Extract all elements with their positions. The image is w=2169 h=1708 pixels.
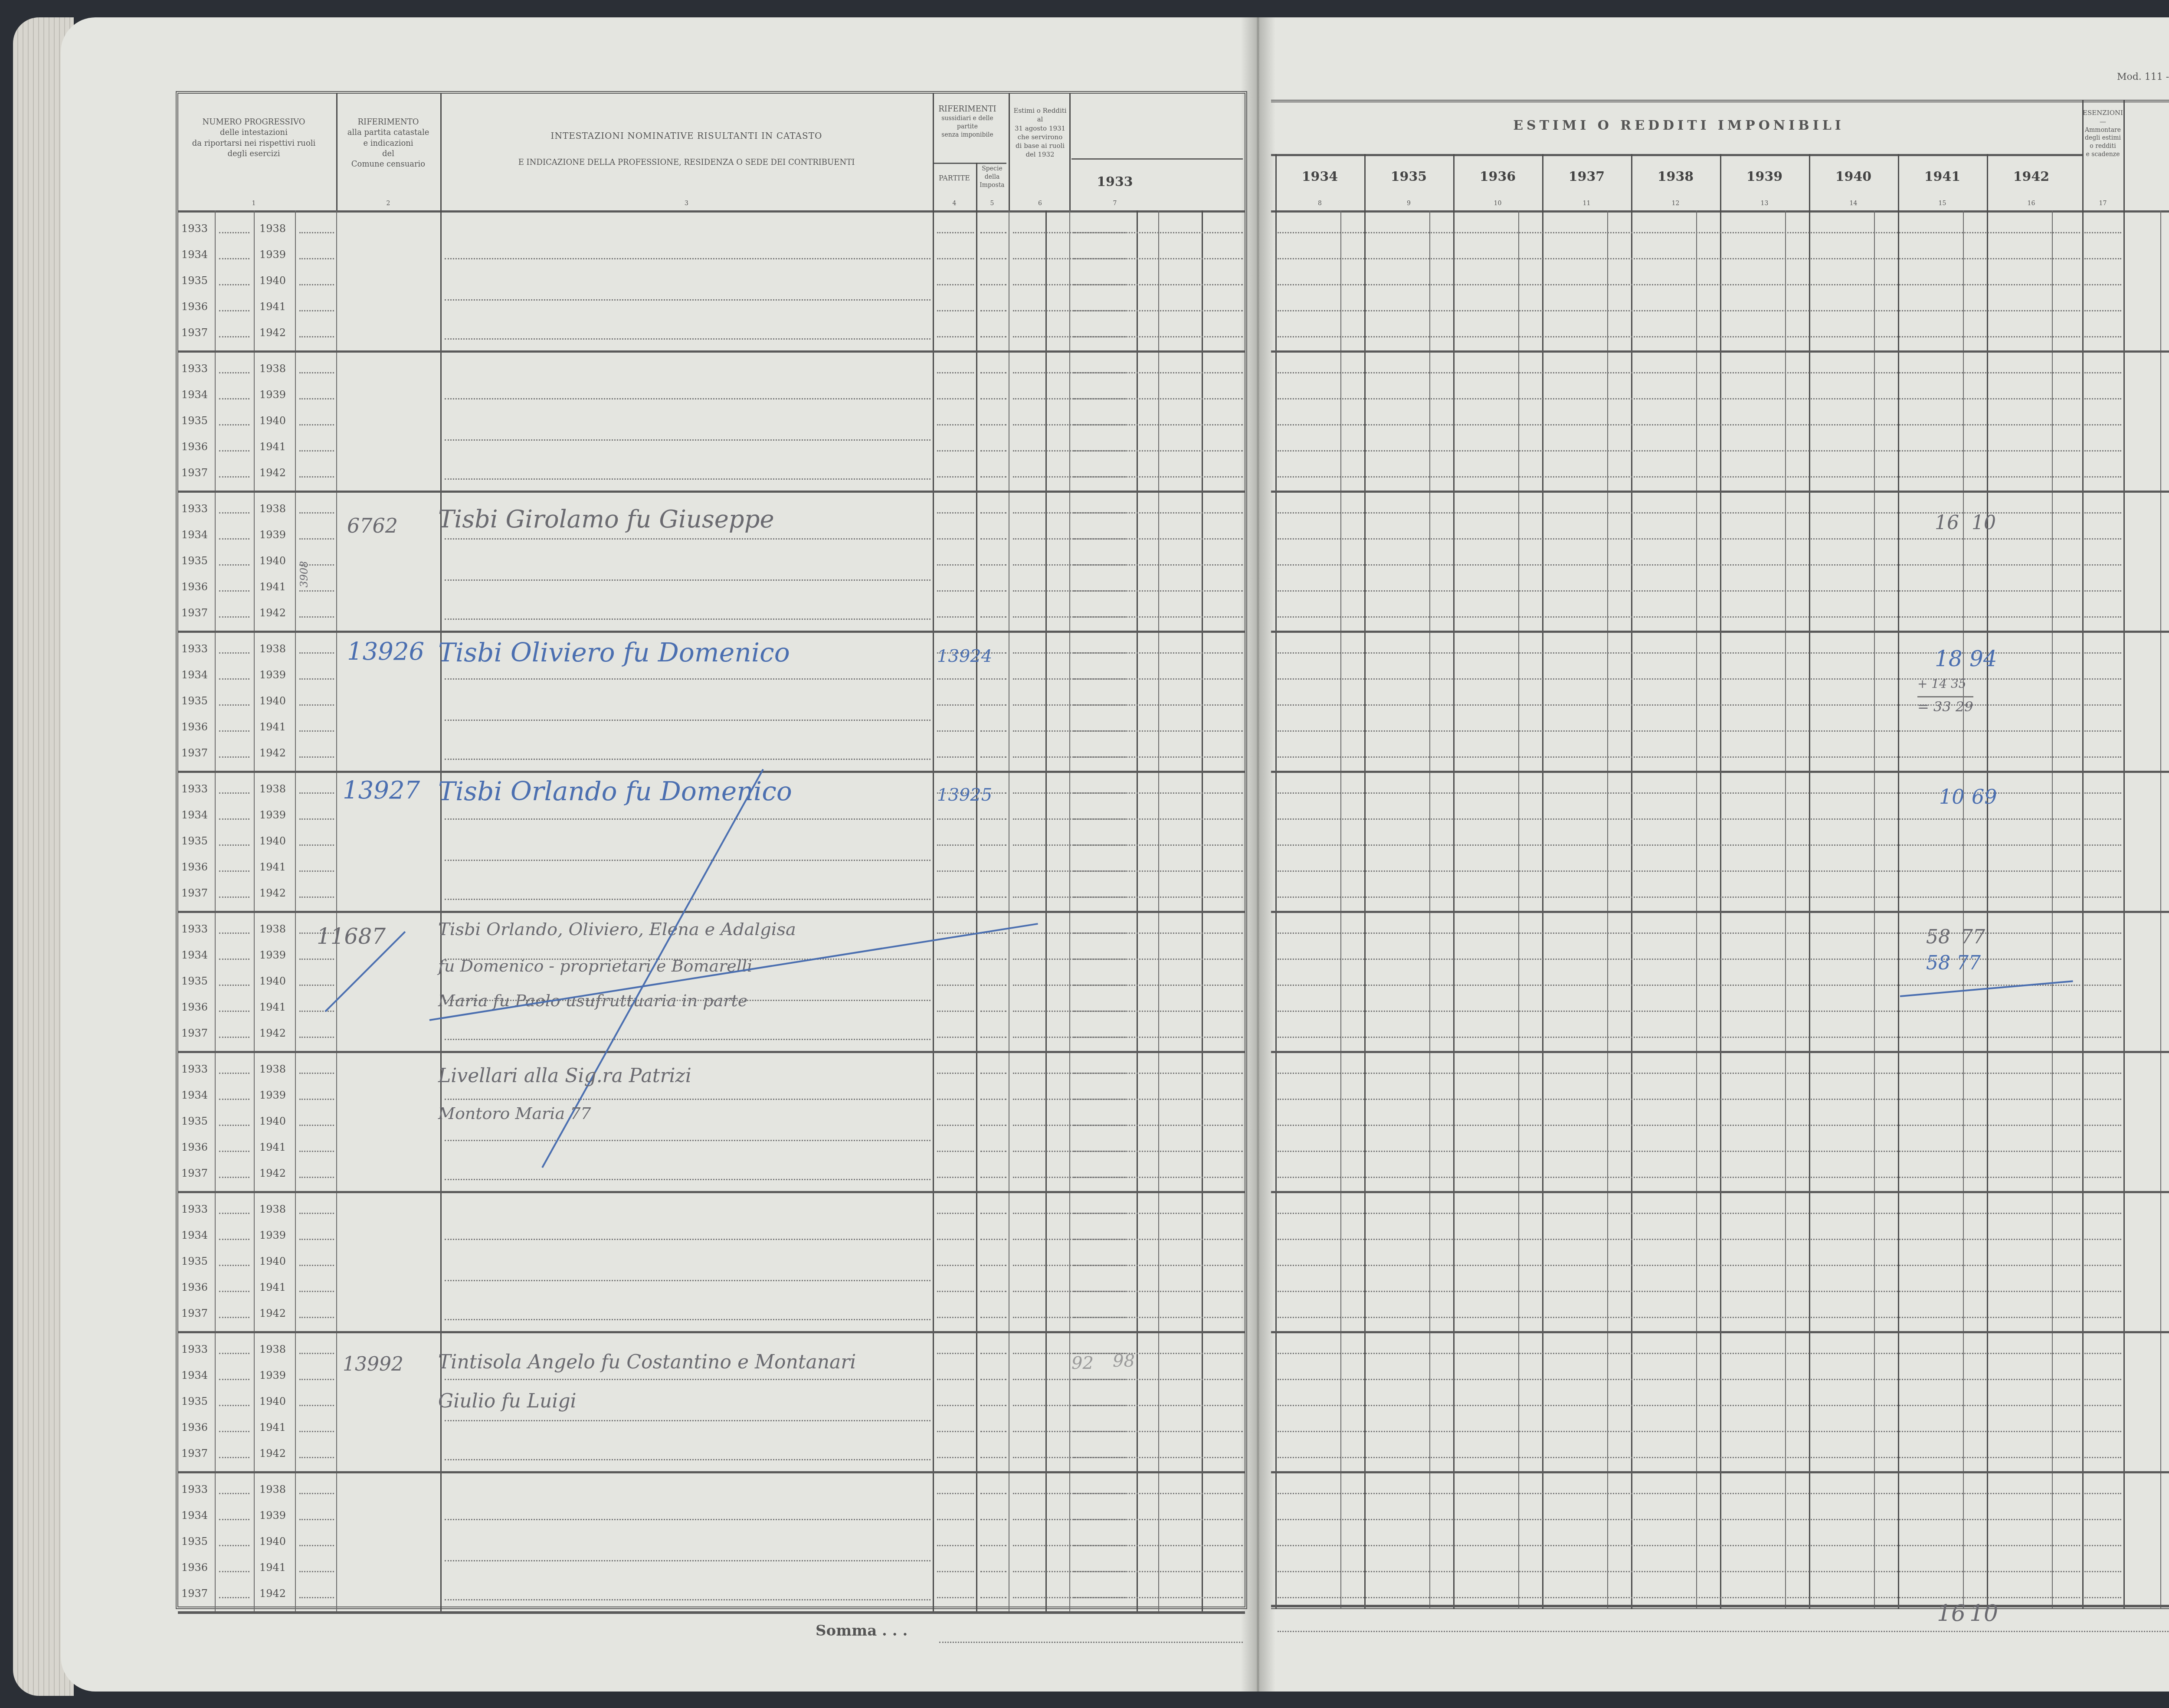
dotted-rule (1074, 1213, 1243, 1214)
dotted-rule (299, 424, 334, 425)
dotted-rule (445, 1459, 931, 1460)
dotted-rule (1074, 985, 1243, 986)
dotted-rule (937, 985, 974, 986)
dotted-rule (219, 372, 249, 373)
year-label: 1938 (1631, 168, 1720, 186)
dotted-rule (1278, 336, 2080, 337)
entry-value-1941-cents[interactable]: 94 (1969, 646, 1997, 671)
row-divider (1271, 771, 2169, 773)
dotted-rule (2084, 933, 2121, 934)
year-label-right: 1942 (259, 607, 286, 619)
dotted-rule (445, 1239, 931, 1240)
dotted-rule (1278, 1265, 2080, 1266)
dotted-rule (1278, 512, 2080, 514)
dotted-rule (980, 1011, 1006, 1012)
dotted-rule (299, 398, 334, 399)
dotted-rule (299, 704, 334, 706)
dotted-rule (1278, 1431, 2080, 1432)
dotted-rule (299, 616, 334, 618)
cents-rule (2052, 210, 2053, 1609)
dotted-rule (1278, 590, 2080, 592)
dotted-rule (937, 538, 974, 540)
year-label: 1937 (1542, 168, 1631, 186)
year-label-right: 1938 (259, 363, 286, 375)
dotted-rule (937, 756, 974, 758)
dotted-rule (2084, 284, 2121, 285)
header-year-1938: 193812 (1631, 156, 1720, 210)
year-label-left: 1935 (181, 275, 208, 287)
dotted-rule (1278, 1291, 2080, 1292)
header-divider (1271, 154, 2082, 156)
entry-name[interactable]: Tisbi Girolamo fu Giuseppe (438, 505, 774, 533)
dotted-rule (1074, 1519, 1243, 1520)
dotted-rule (937, 1291, 974, 1292)
dotted-rule (1074, 1239, 1243, 1240)
dotted-rule (980, 310, 1006, 311)
dotted-rule (2084, 1405, 2121, 1406)
dotted-rule (1278, 1151, 2080, 1152)
dotted-rule (299, 1125, 334, 1126)
entry-name[interactable]: Tisbi Oliviero fu Domenico (438, 638, 790, 668)
dotted-rule (937, 678, 974, 680)
header-c5-line: Imposta (977, 181, 1007, 190)
dotted-rule (219, 652, 249, 654)
dotted-rule (1074, 933, 1243, 934)
entry-value-1941-cents[interactable]: 69 (1972, 785, 1997, 808)
dotted-rule (1278, 1379, 2080, 1380)
dotted-rule (299, 870, 334, 872)
dotted-rule (2084, 1125, 2121, 1126)
dotted-rule (219, 258, 249, 259)
dotted-rule (980, 1457, 1006, 1458)
dotted-rule (219, 1379, 249, 1380)
year-label-right: 1941 (259, 301, 286, 313)
dotted-rule (980, 1099, 1006, 1100)
dotted-rule (1278, 1545, 2080, 1546)
year-label-left: 1933 (181, 503, 208, 515)
row-divider (1271, 1191, 2169, 1193)
year-label-right: 1942 (259, 1587, 286, 1600)
dotted-rule (219, 1519, 249, 1520)
column-number: 14 (1809, 200, 1898, 208)
year-label: 1935 (1364, 168, 1453, 186)
year-label-left: 1935 (181, 555, 208, 567)
dotted-rule (219, 1457, 249, 1458)
dotted-rule (1278, 1239, 2080, 1240)
dotted-rule (299, 756, 334, 758)
dotted-rule (299, 1571, 334, 1572)
entry-value-1941[interactable]: 58 (1926, 926, 1950, 948)
dotted-rule (445, 1599, 931, 1600)
column-number: 7 (1071, 200, 1158, 208)
dotted-rule (219, 476, 249, 478)
year-label-right: 1940 (259, 975, 286, 987)
dotted-rule (937, 1099, 974, 1100)
year-label-left: 1936 (181, 861, 208, 873)
year-label-left: 1934 (181, 669, 208, 681)
column-number: 13 (1720, 200, 1809, 208)
dotted-rule (219, 398, 249, 399)
dotted-rule (1278, 1571, 2080, 1572)
year-label-right: 1938 (259, 1203, 286, 1215)
dotted-rule (2084, 336, 2121, 337)
header-annotazioni: ANNOTAZIONI 18 (2126, 108, 2169, 210)
dotted-rule (1278, 564, 2080, 566)
entry-ref-partite[interactable]: 13925 (937, 785, 992, 805)
dotted-rule (2084, 1519, 2121, 1520)
dotted-rule (299, 678, 334, 680)
dotted-rule (1278, 1125, 2080, 1126)
dotted-rule (219, 844, 249, 846)
year-label-left: 1936 (181, 301, 208, 313)
year-label-right: 1938 (259, 1483, 286, 1495)
dotted-rule (1074, 372, 1243, 373)
dotted-rule (445, 1379, 931, 1380)
year-label-left: 1937 (181, 467, 208, 479)
header-c17-title: ESENZIONI (2082, 108, 2123, 117)
dotted-rule (1074, 398, 1243, 399)
dotted-rule (1074, 1457, 1243, 1458)
dotted-rule (937, 1213, 974, 1214)
dotted-rule (2084, 1213, 2121, 1214)
dotted-rule (219, 232, 249, 233)
somma-value-1941[interactable]: 16 (1937, 1600, 1966, 1626)
dotted-rule (1278, 284, 2080, 285)
dotted-rule (1074, 844, 1243, 846)
column-number: 11 (1542, 200, 1631, 208)
cents-rule (1963, 210, 1964, 1609)
header-c1-title: NUMERO PROGRESSIVO (180, 117, 328, 128)
dotted-rule (980, 564, 1006, 566)
column-rule (440, 93, 442, 210)
dotted-rule (980, 232, 1006, 233)
dotted-rule (299, 1431, 334, 1432)
dotted-rule (1278, 372, 2080, 373)
entry-name-line[interactable]: Tisbi Orlando, Oliviero, Elena e Adalgis… (438, 919, 796, 939)
year-label-left: 1936 (181, 1561, 208, 1574)
dotted-rule (1074, 652, 1243, 654)
year-label-right: 1939 (259, 1369, 286, 1381)
dotted-rule (1074, 1545, 1243, 1546)
dotted-rule (980, 398, 1006, 399)
year-label-right: 1940 (259, 1255, 286, 1267)
dotted-rule (1278, 1177, 2080, 1178)
dotted-rule (299, 1239, 334, 1240)
entry-name-line[interactable]: Tintisola Angelo fu Costantino e Montana… (438, 1351, 856, 1373)
row-divider (178, 1331, 1245, 1333)
dotted-rule (980, 959, 1006, 960)
dotted-rule (1074, 590, 1243, 592)
header-year-1942: 194216 (1987, 156, 2076, 210)
dotted-rule (2084, 897, 2121, 898)
entry-value-1941[interactable]: 18 (1935, 646, 1963, 671)
dotted-rule (980, 1291, 1006, 1292)
year-label-left: 1937 (181, 1587, 208, 1600)
dotted-rule (299, 1037, 334, 1038)
entry-partita[interactable]: 13927 (343, 776, 420, 805)
entry-ref-partite[interactable]: 13924 (937, 646, 992, 666)
dotted-rule (219, 985, 249, 986)
header-divider (933, 163, 1006, 164)
entry-name-line[interactable]: Giulio fu Luigi (438, 1390, 577, 1412)
dotted-rule (980, 818, 1006, 820)
header-esenzioni: ESENZIONI — Ammontare degli estimi o red… (2082, 108, 2123, 210)
dotted-rule (299, 818, 334, 820)
dotted-rule (2084, 1073, 2121, 1074)
entry-name-line[interactable]: Montoro Maria 77 (438, 1104, 591, 1123)
dotted-rule (299, 897, 334, 898)
dotted-rule (1278, 870, 2080, 872)
dotted-rule (1074, 232, 1243, 233)
dotted-rule (2084, 1239, 2121, 1240)
year-label-left: 1934 (181, 809, 208, 821)
row-divider (1271, 631, 2169, 633)
dotted-rule (1074, 1291, 1243, 1292)
dotted-rule (937, 310, 974, 311)
year-label-left: 1934 (181, 249, 208, 261)
dotted-rule (2084, 730, 2121, 732)
header-c18-title: ANNOTAZIONI (2126, 143, 2169, 156)
year-label-left: 1937 (181, 1167, 208, 1179)
dotted-rule (1074, 1177, 1243, 1178)
somma-value-1941-cents[interactable]: 10 (1969, 1600, 1998, 1626)
entry-value-1941-cents[interactable]: 77 (1961, 926, 1985, 948)
dotted-rule (299, 1379, 334, 1380)
entry-value-1941-cents[interactable]: 10 (1972, 512, 1996, 534)
dotted-rule (2084, 792, 2121, 794)
year-label-left: 1937 (181, 607, 208, 619)
year-label-right: 1940 (259, 695, 286, 707)
dotted-rule (980, 1519, 1006, 1520)
dotted-rule (1074, 1353, 1243, 1354)
dotted-rule (445, 720, 931, 721)
dotted-rule (980, 730, 1006, 732)
cents-rule (1429, 210, 1430, 1609)
row-divider (178, 1191, 1245, 1193)
dotted-rule (445, 678, 931, 680)
dotted-rule (219, 1353, 249, 1354)
dotted-rule (445, 1560, 931, 1561)
dotted-rule (219, 512, 249, 514)
year-label-right: 1941 (259, 1561, 286, 1574)
dotted-rule (299, 1545, 334, 1546)
dotted-rule (980, 1405, 1006, 1406)
dotted-rule (1278, 450, 2080, 452)
dotted-rule (299, 284, 334, 285)
year-label-right: 1939 (259, 949, 286, 961)
dotted-rule (299, 959, 334, 960)
column-number: 16 (1987, 200, 2076, 208)
dotted-rule (1074, 1431, 1243, 1432)
dotted-rule (980, 1151, 1006, 1152)
dotted-rule (299, 1073, 334, 1074)
dotted-rule (937, 1457, 974, 1458)
column-rule (2123, 100, 2125, 1609)
dotted-rule (937, 284, 974, 285)
dotted-rule (219, 704, 249, 706)
header-c4-title: PARTITE (933, 173, 976, 183)
column-number: 5 (977, 200, 1007, 208)
dotted-rule (980, 538, 1006, 540)
dotted-rule (980, 1379, 1006, 1380)
year-label-left: 1933 (181, 923, 208, 935)
entry-name[interactable]: Tisbi Orlando fu Domenico (438, 776, 792, 807)
dotted-rule (299, 372, 334, 373)
cents-rule (1696, 210, 1697, 1609)
dotted-rule (445, 1519, 931, 1520)
column-rule (1009, 93, 1010, 210)
entry-estimo-1931[interactable]: 92 (1071, 1353, 1094, 1373)
dotted-rule (1074, 730, 1243, 732)
dotted-rule (1278, 1073, 2080, 1074)
entry-value-1941-corrected[interactable]: 58 77 (1926, 952, 1981, 974)
dotted-rule (1278, 398, 2080, 399)
dotted-rule (2084, 1177, 2121, 1178)
dotted-rule (2084, 1493, 2121, 1494)
header-year-1940: 194014 (1809, 156, 1898, 210)
dotted-rule (939, 1642, 1243, 1643)
dotted-rule (445, 299, 931, 301)
dotted-rule (299, 476, 334, 478)
dotted-rule (219, 870, 249, 872)
dotted-rule (299, 792, 334, 794)
dotted-rule (2084, 512, 2121, 514)
dotted-rule (445, 860, 931, 861)
dotted-rule (2084, 1597, 2121, 1598)
entry-partita[interactable]: 11687 (317, 924, 386, 949)
dotted-rule (980, 1265, 1006, 1266)
entry-partita[interactable]: 13992 (343, 1353, 403, 1375)
header-c2-title: RIFERIMENTO (338, 117, 438, 128)
header-year-1934: 19348 (1275, 156, 1364, 210)
year-label-left: 1937 (181, 887, 208, 899)
dotted-rule (299, 1213, 334, 1214)
header-c45-line: senza imponibile (933, 131, 1002, 139)
year-label-left: 1935 (181, 1535, 208, 1548)
dotted-rule (937, 870, 974, 872)
dotted-rule (1074, 678, 1243, 680)
dotted-rule (1278, 1037, 2080, 1038)
year-label-right: 1938 (259, 643, 286, 655)
dotted-rule (219, 1099, 249, 1100)
entry-estimo-1931-cents[interactable]: 98 (1113, 1351, 1135, 1371)
dotted-rule (937, 564, 974, 566)
year-label-right: 1941 (259, 1141, 286, 1153)
cents-rule (1785, 210, 1786, 1609)
column-rule (2082, 100, 2084, 1609)
dotted-rule (937, 1265, 974, 1266)
dotted-rule (937, 1405, 974, 1406)
year-label-left: 1934 (181, 1369, 208, 1381)
row-divider (1271, 350, 2169, 353)
dotted-rule (980, 1571, 1006, 1572)
dotted-rule (1278, 1213, 2080, 1214)
dotted-rule (219, 1571, 249, 1572)
entry-name-line[interactable]: fu Domenico - proprietari e Bomarelli (438, 956, 752, 975)
year-label-right: 1939 (259, 1089, 286, 1101)
entry-value-1941[interactable]: 16 (1935, 512, 1959, 534)
dotted-rule (299, 450, 334, 452)
dotted-rule (299, 538, 334, 540)
dotted-rule (445, 1420, 931, 1421)
entry-value-1941[interactable]: 10 (1939, 785, 1965, 808)
column-number: 12 (1631, 200, 1720, 208)
dotted-rule (299, 336, 334, 337)
row-divider (178, 1051, 1245, 1053)
dotted-rule (1278, 1317, 2080, 1318)
year-label-right: 1940 (259, 1115, 286, 1127)
dotted-rule (980, 1177, 1006, 1178)
year-label-left: 1934 (181, 1089, 208, 1101)
header-c6-title: Estimi o Redditi (1011, 106, 1069, 115)
dotted-rule (1074, 792, 1243, 794)
year-label-right: 1942 (259, 887, 286, 899)
dotted-rule (219, 590, 249, 592)
dotted-rule (1278, 424, 2080, 425)
year-label-left: 1933 (181, 222, 208, 235)
dotted-rule (299, 1353, 334, 1354)
entry-partita[interactable]: 6762 (347, 514, 398, 537)
header-year-1933: 1933 7 (1071, 165, 1158, 210)
header-intestazioni: INTESTAZIONI NOMINATIVE RISULTANTI IN CA… (442, 126, 931, 210)
dotted-rule (1074, 310, 1243, 311)
year-label-left: 1935 (181, 1395, 208, 1407)
dotted-rule (219, 564, 249, 566)
dotted-rule (937, 372, 974, 373)
dotted-rule (219, 1405, 249, 1406)
year-label-left: 1935 (181, 1255, 208, 1267)
dotted-rule (1278, 730, 2080, 732)
column-rule (976, 163, 977, 210)
dotted-rule (2084, 398, 2121, 399)
header-numero-progressivo: NUMERO PROGRESSIVO delle intestazioni da… (180, 117, 328, 210)
header-c45-title: RIFERIMENTI (933, 104, 1002, 115)
dotted-rule (2084, 1431, 2121, 1432)
year-label-right: 1939 (259, 529, 286, 541)
entry-name-line[interactable]: Livellari alla Sig.ra Patrizi (438, 1065, 691, 1087)
year-label: 1939 (1720, 168, 1809, 186)
year-label-left: 1936 (181, 721, 208, 733)
dotted-rule (937, 818, 974, 820)
header-c6-line: del 1932 (1011, 150, 1069, 159)
dotted-rule (1074, 1011, 1243, 1012)
header-divider (178, 210, 1245, 213)
year-label-left: 1933 (181, 363, 208, 375)
dotted-rule (299, 512, 334, 514)
entry-partita[interactable]: 13926 (347, 638, 424, 666)
header-year-1937: 193711 (1542, 156, 1631, 210)
dotted-rule (937, 398, 974, 399)
dotted-rule (219, 336, 249, 337)
dotted-rule (219, 730, 249, 732)
dotted-rule (2084, 678, 2121, 680)
dotted-rule (299, 1265, 334, 1266)
dotted-rule (219, 792, 249, 794)
dotted-rule (1278, 1631, 2169, 1632)
dotted-rule (2084, 959, 2121, 960)
dotted-rule (980, 258, 1006, 259)
dotted-rule (1278, 1353, 2080, 1354)
dotted-rule (2084, 450, 2121, 452)
dotted-rule (2084, 372, 2121, 373)
year-label-right: 1938 (259, 923, 286, 935)
dotted-rule (219, 1265, 249, 1266)
year-label-right: 1939 (259, 1229, 286, 1241)
year-label-right: 1941 (259, 861, 286, 873)
dotted-rule (1074, 1125, 1243, 1126)
header-c17-line: e scadenze (2082, 151, 2123, 159)
dotted-rule (2084, 590, 2121, 592)
